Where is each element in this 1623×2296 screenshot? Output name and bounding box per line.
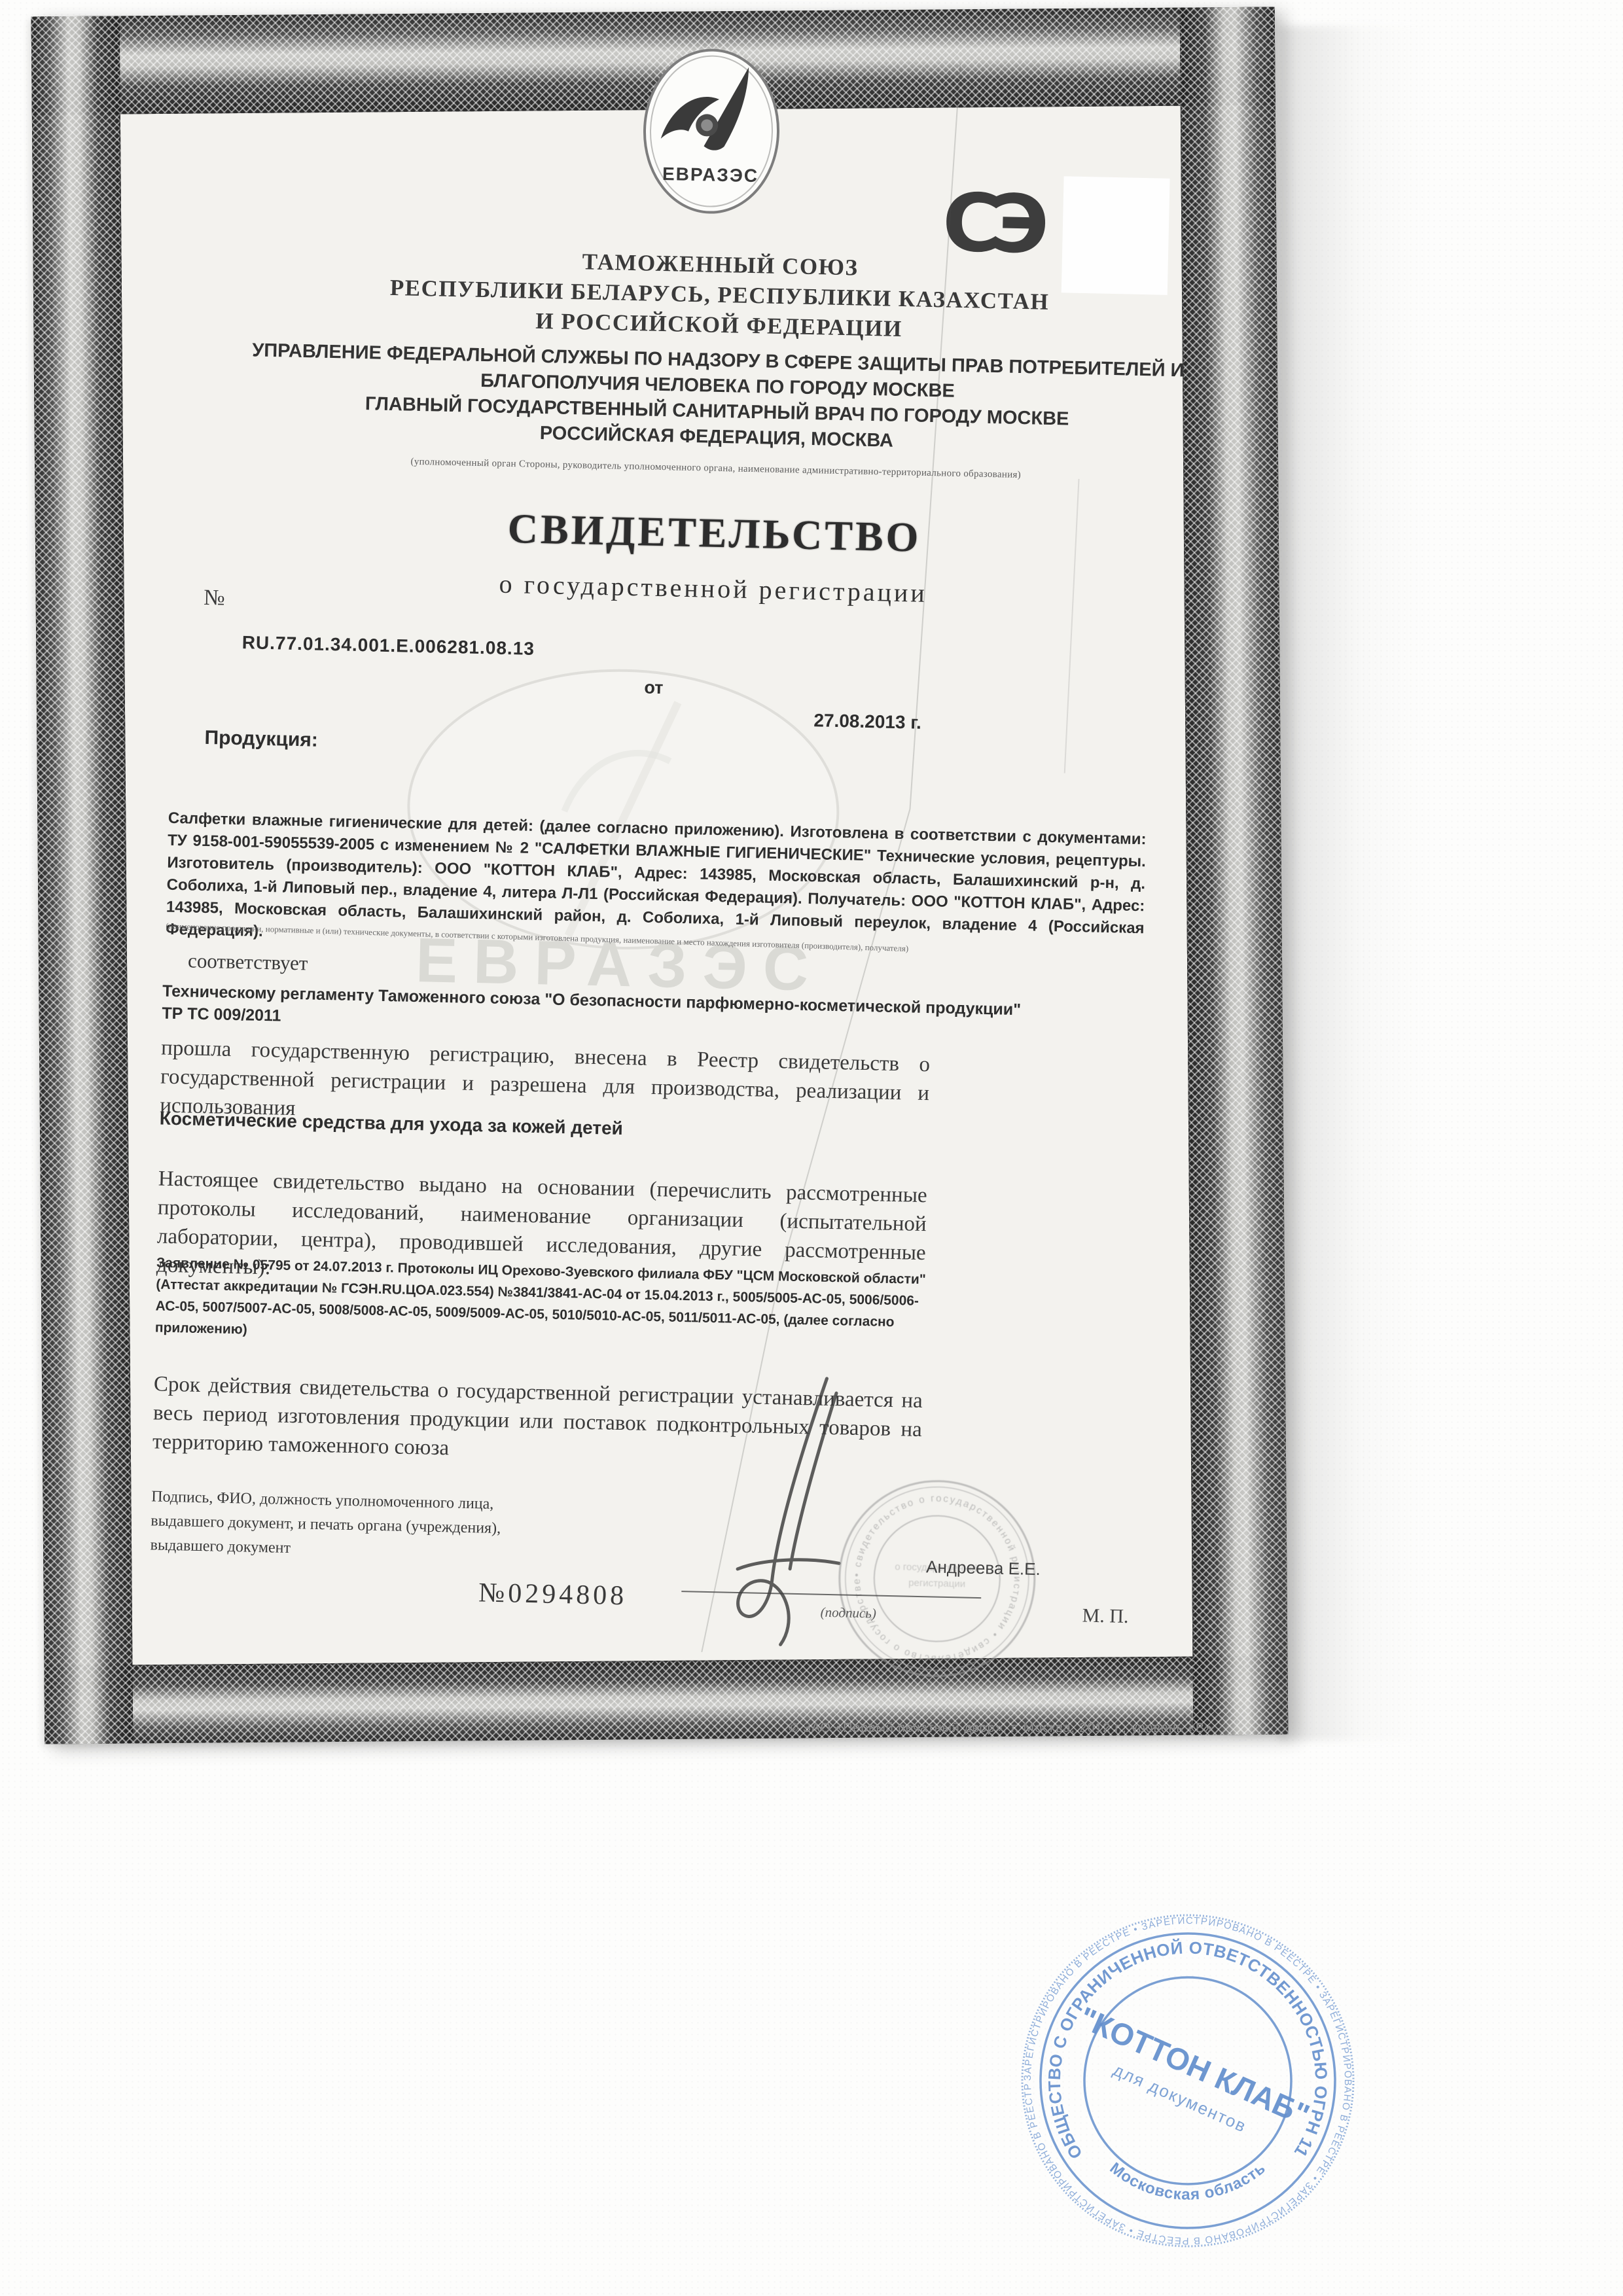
- print-house-footer: © ЗАО «Первый печатный двор», г. Москва,…: [789, 1721, 1286, 1736]
- scanned-page: ЕВРАЗЭС ЕВРАЗЭС СЭ ТАМОЖЕННЫЙ СОЮЗ РЕСПУ…: [0, 0, 1623, 2296]
- company-stamp: ЗАРЕГИСТРИРОВАНО В РЕЕСТРЕ • ЗАРЕГИСТРИР…: [1018, 1911, 1358, 2251]
- certificate-content: ЕВРАЗЭС ЕВРАЗЭС СЭ ТАМОЖЕННЫЙ СОЮЗ РЕСПУ…: [14, 0, 1295, 1752]
- scan-shadow: [1279, 26, 1430, 1740]
- certificate-sheet: ЕВРАЗЭС ЕВРАЗЭС СЭ ТАМОЖЕННЫЙ СОЮЗ РЕСПУ…: [31, 7, 1289, 1744]
- scan-crease-lines: [14, 0, 1295, 1752]
